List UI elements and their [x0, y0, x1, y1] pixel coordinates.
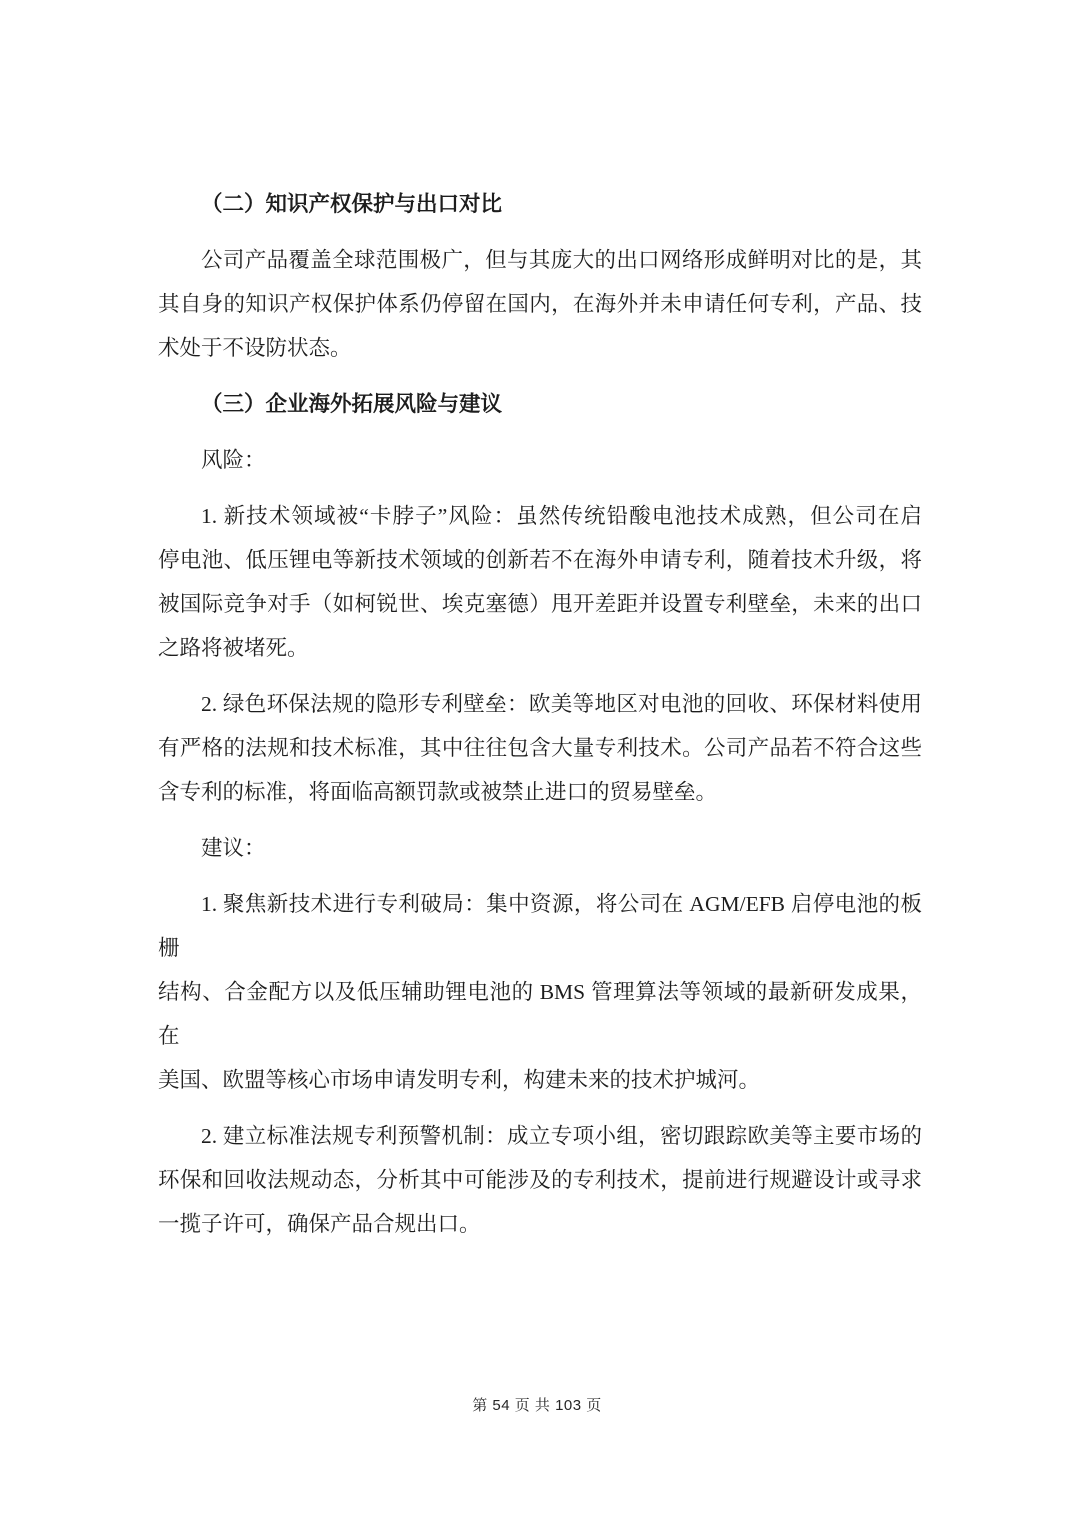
- text-line: 一揽子许可，确保产品合规出口。: [158, 1202, 922, 1246]
- footer-page-indicator: 第 54 页 共 103 页: [472, 1397, 602, 1414]
- text-line: 风险：: [158, 438, 922, 482]
- text-line: 术处于不设防状态。: [158, 326, 922, 370]
- text-line: 环保和回收法规动态，分析其中可能涉及的专利技术，提前进行规避设计或寻求: [158, 1158, 922, 1202]
- paragraph: 1. 新技术领域被“卡脖子”风险：虽然传统铅酸电池技术成熟，但公司在启停电池、低…: [158, 494, 922, 670]
- document-page: （二）知识产权保护与出口对比公司产品覆盖全球范围极广，但与其庞大的出口网络形成鲜…: [0, 0, 1074, 1520]
- paragraph: 2. 建立标准法规专利预警机制：成立专项小组，密切跟踪欧美等主要市场的环保和回收…: [158, 1114, 922, 1246]
- paragraph: 风险：: [158, 438, 922, 482]
- text-line: 之路将被堵死。: [158, 626, 922, 670]
- page-footer: 第 54 页 共 103 页: [0, 1396, 1074, 1416]
- text-line: 1. 新技术领域被“卡脖子”风险：虽然传统铅酸电池技术成熟，但公司在启: [158, 494, 922, 538]
- text-line: 公司产品覆盖全球范围极广，但与其庞大的出口网络形成鲜明对比的是，其: [158, 238, 922, 282]
- text-line: 停电池、低压锂电等新技术领域的创新若不在海外申请专利，随着技术升级，将: [158, 538, 922, 582]
- paragraph: 公司产品覆盖全球范围极广，但与其庞大的出口网络形成鲜明对比的是，其其自身的知识产…: [158, 238, 922, 370]
- paragraph: 2. 绿色环保法规的隐形专利壁垒：欧美等地区对电池的回收、环保材料使用有严格的法…: [158, 682, 922, 814]
- text-line: 结构、合金配方以及低压辅助锂电池的 BMS 管理算法等领域的最新研发成果，在: [158, 970, 922, 1058]
- text-line: 建议：: [158, 826, 922, 870]
- section-heading: （二）知识产权保护与出口对比: [158, 182, 922, 226]
- text-line: 有严格的法规和技术标准，其中往往包含大量专利技术。公司产品若不符合这些: [158, 726, 922, 770]
- heading-text-line: （三）企业海外拓展风险与建议: [158, 382, 922, 426]
- heading-text-line: （二）知识产权保护与出口对比: [158, 182, 922, 226]
- text-line: 被国际竞争对手（如柯锐世、埃克塞德）甩开差距并设置专利壁垒，未来的出口: [158, 582, 922, 626]
- text-line: 2. 绿色环保法规的隐形专利壁垒：欧美等地区对电池的回收、环保材料使用: [158, 682, 922, 726]
- text-line: 含专利的标准，将面临高额罚款或被禁止进口的贸易壁垒。: [158, 770, 922, 814]
- document-body: （二）知识产权保护与出口对比公司产品覆盖全球范围极广，但与其庞大的出口网络形成鲜…: [158, 182, 922, 1258]
- text-line: 1. 聚焦新技术进行专利破局：集中资源，将公司在 AGM/EFB 启停电池的板栅: [158, 882, 922, 970]
- paragraph: 1. 聚焦新技术进行专利破局：集中资源，将公司在 AGM/EFB 启停电池的板栅…: [158, 882, 922, 1102]
- text-line: 其自身的知识产权保护体系仍停留在国内，在海外并未申请任何专利，产品、技: [158, 282, 922, 326]
- section-heading: （三）企业海外拓展风险与建议: [158, 382, 922, 426]
- text-line: 2. 建立标准法规专利预警机制：成立专项小组，密切跟踪欧美等主要市场的: [158, 1114, 922, 1158]
- text-line: 美国、欧盟等核心市场申请发明专利，构建未来的技术护城河。: [158, 1058, 922, 1102]
- paragraph: 建议：: [158, 826, 922, 870]
